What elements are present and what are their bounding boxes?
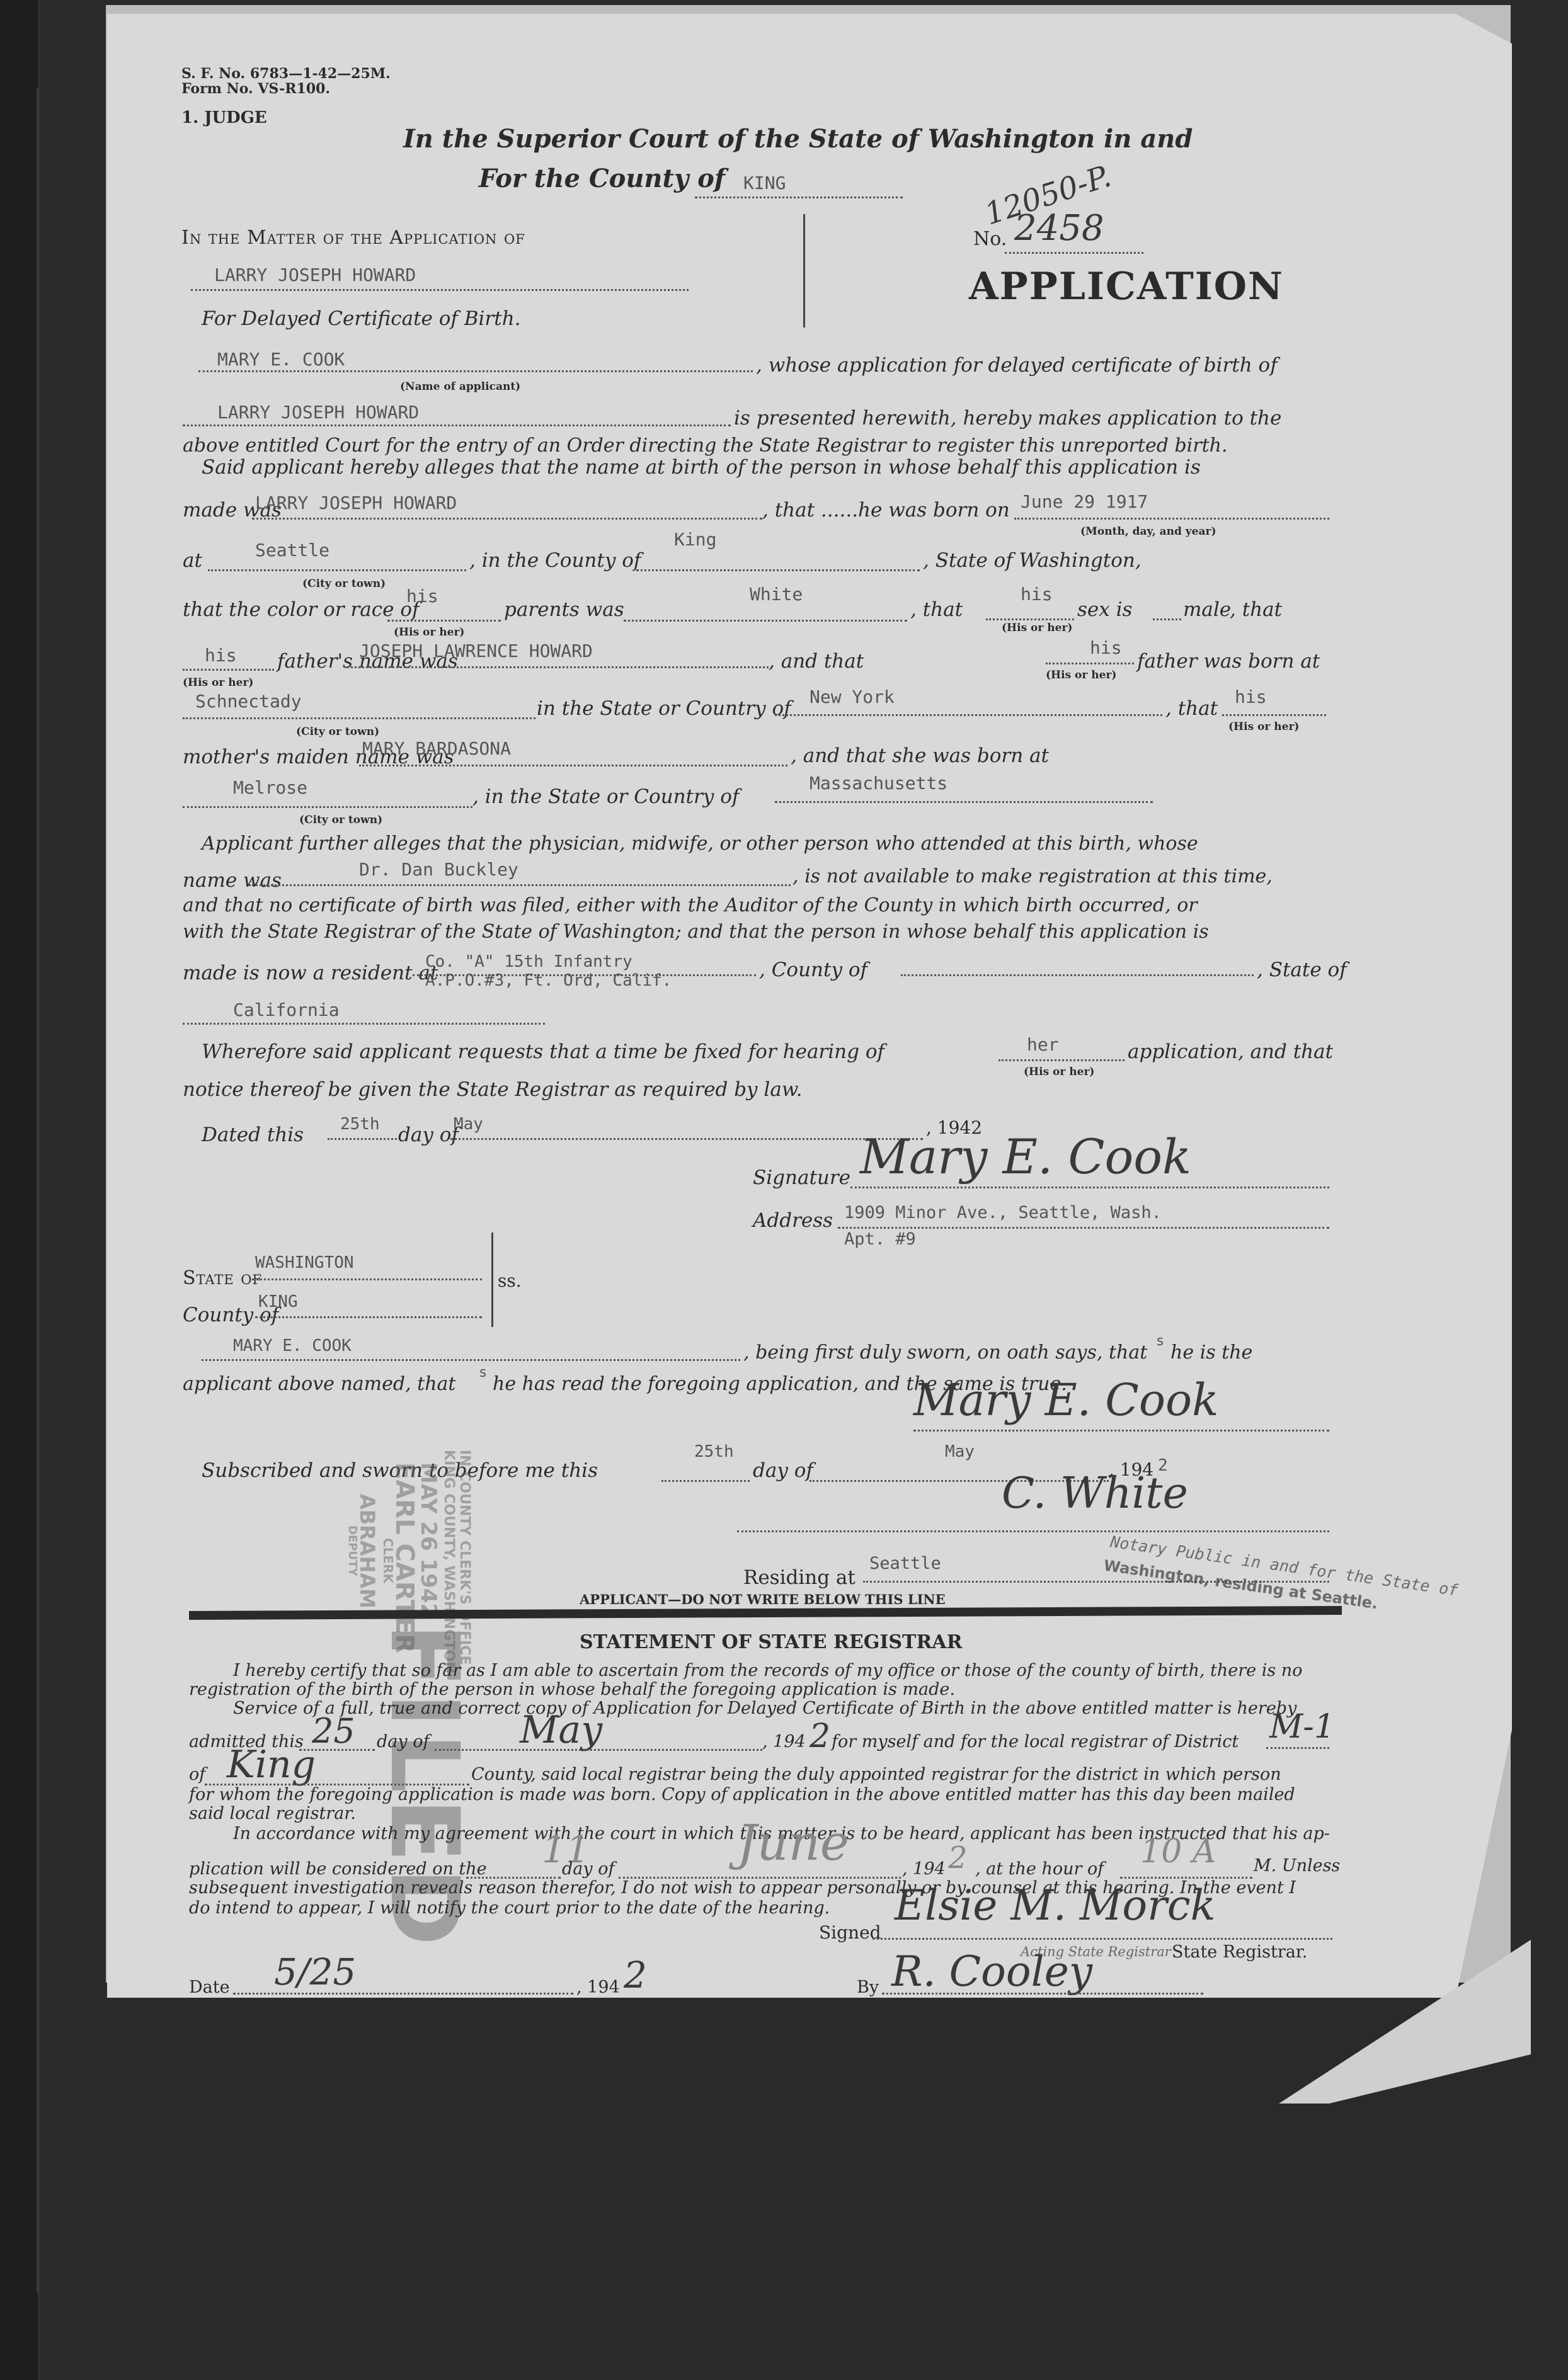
hearing-month[interactable]: June xyxy=(737,1815,849,1872)
hearing-day-of: day of xyxy=(562,1859,614,1879)
that-label: , that xyxy=(910,598,963,621)
court-county[interactable]: KING xyxy=(743,173,786,193)
purpose: For Delayed Certificate of Birth. xyxy=(202,307,521,330)
date-year-suffix[interactable]: 2 xyxy=(624,1954,647,1996)
by-label: By xyxy=(857,1978,879,1997)
signature-label: Signature xyxy=(753,1166,850,1189)
district-line xyxy=(1266,1747,1329,1749)
dated-month[interactable]: May xyxy=(454,1115,483,1134)
subscribed-day-line xyxy=(661,1480,750,1482)
filed-stamp-date: MAY 26 1942 xyxy=(416,1462,441,1618)
birth-date-hint: (Month, day, and year) xyxy=(1080,525,1216,538)
dated-day[interactable]: 25th xyxy=(340,1115,380,1134)
admitted-day[interactable]: 25 xyxy=(312,1711,355,1751)
oath-affiant[interactable]: MARY E. COOK xyxy=(233,1336,352,1355)
resident-county-label: , County of xyxy=(759,959,867,981)
hearing-pronoun[interactable]: her xyxy=(1027,1034,1059,1055)
birth-county[interactable]: King xyxy=(674,529,716,550)
admitted-month-line xyxy=(435,1749,762,1751)
father-pronoun[interactable]: his xyxy=(205,645,237,666)
physician-line xyxy=(249,884,791,886)
mother-pronoun[interactable]: his xyxy=(1235,686,1267,707)
date-label: Date xyxy=(189,1978,230,1997)
father-city[interactable]: Schnectady xyxy=(195,691,302,712)
father-born-pronoun[interactable]: his xyxy=(1090,637,1122,658)
matter-bracket xyxy=(796,214,805,327)
notary-signature[interactable]: C. White xyxy=(1002,1469,1188,1518)
mother-city-line xyxy=(183,806,472,808)
m-unless: M. Unless xyxy=(1254,1856,1340,1876)
subscribed-day[interactable]: 25th xyxy=(694,1442,734,1461)
registrar-p2c: for whom the foregoing application is ma… xyxy=(189,1785,1295,1804)
registrar-title: STATEMENT OF STATE REGISTRAR xyxy=(580,1631,963,1653)
mother-pronoun-line xyxy=(1222,714,1326,716)
resident-state-line xyxy=(183,1023,545,1025)
mother-name[interactable]: MARY BARDASONA xyxy=(362,738,511,759)
state-registrar-label: State Registrar. xyxy=(1172,1942,1307,1962)
application-title: APPLICATION xyxy=(969,265,1284,309)
hearing-hour[interactable]: 10 A xyxy=(1140,1833,1216,1870)
address-line-1[interactable]: 1909 Minor Ave., Seattle, Wash. xyxy=(844,1203,1162,1222)
oath-state-label: State of xyxy=(183,1267,262,1289)
father-born-label: father was born at xyxy=(1137,650,1320,673)
county-label: , in the County of xyxy=(469,549,641,572)
state-country-label-2: , in the State or Country of xyxy=(472,785,739,808)
registrar-p2: Service of a full, true and correct copy… xyxy=(233,1699,1296,1718)
matter-label: In the Matter of the Application of xyxy=(181,227,525,249)
admitted-year-suffix[interactable]: 2 xyxy=(810,1717,830,1755)
text-notice: notice thereof be given the State Regist… xyxy=(183,1078,803,1101)
registrar-signature[interactable]: Elsie M. Morck xyxy=(895,1881,1216,1930)
oath-bracket xyxy=(485,1233,493,1327)
binder-seam xyxy=(37,88,39,2292)
hearing-pronoun-hint: (His or her) xyxy=(1024,1066,1094,1078)
mother-born-label: , and that she was born at xyxy=(791,744,1049,767)
mother-pronoun-hint: (His or her) xyxy=(1228,720,1299,733)
father-pronoun-line xyxy=(183,669,274,671)
district-value[interactable]: M-1 xyxy=(1269,1708,1335,1746)
filed-stamp-line-1: IN COUNTY CLERK'S OFFICE xyxy=(457,1450,472,1665)
signed-label: Signed xyxy=(819,1922,881,1943)
she-prefix[interactable]: s xyxy=(1156,1333,1164,1349)
mother-state[interactable]: Massachusetts xyxy=(810,773,947,794)
sex-tail: , that xyxy=(1230,598,1282,621)
father-state[interactable]: New York xyxy=(810,686,895,707)
matter-name[interactable]: LARRY JOSEPH HOWARD xyxy=(214,265,416,285)
father-state-line xyxy=(775,714,1162,716)
court-county-label: For the County of xyxy=(479,164,725,193)
county-line xyxy=(695,196,903,198)
filed-stamp-deputy-title: DEPUTY xyxy=(346,1525,359,1576)
text-no-cert: and that no certificate of birth was fil… xyxy=(183,894,1198,916)
physician-name[interactable]: Dr. Dan Buckley xyxy=(359,859,518,880)
race-line xyxy=(624,620,907,622)
binder-edge xyxy=(0,0,40,2380)
address-line xyxy=(838,1227,1329,1229)
resident-county-line xyxy=(901,974,1254,976)
application-number[interactable]: 2458 xyxy=(1014,208,1104,249)
registrar-of-label: of xyxy=(189,1765,205,1784)
dated-month-line xyxy=(450,1138,923,1140)
district-text: for myself and for the local registrar o… xyxy=(832,1732,1239,1751)
registrar-p1: I hereby certify that so far as I am abl… xyxy=(233,1661,1302,1680)
state-country-label: in the State or Country of xyxy=(537,697,791,720)
sex-value[interactable]: male xyxy=(1183,598,1231,621)
hearing-year-suffix[interactable]: 2 xyxy=(948,1840,968,1876)
born-on-label: , that ......he was born on xyxy=(762,499,1010,521)
race-pronoun[interactable]: his xyxy=(406,586,438,606)
dated-day-line xyxy=(328,1138,397,1140)
residing-label: Residing at xyxy=(743,1566,856,1589)
race-label: that the color or race of xyxy=(183,598,419,621)
father-born-pronoun-hint: (His or her) xyxy=(1046,669,1116,681)
sex-pronoun[interactable]: his xyxy=(1021,584,1053,605)
filed-stamp-clerk-title: CLERK xyxy=(381,1538,396,1583)
registrar-p1b: registration of the birth of the person … xyxy=(189,1680,955,1699)
resident-state[interactable]: California xyxy=(233,999,340,1020)
oath-affiant-line xyxy=(202,1359,740,1361)
hour-label: , at the hour of xyxy=(975,1859,1104,1879)
text-wherefore: Wherefore said applicant requests that a… xyxy=(202,1040,884,1063)
text-application: application, and that xyxy=(1128,1040,1333,1063)
dated-label: Dated this xyxy=(202,1124,304,1146)
text-presented: is presented herewith, hereby makes appl… xyxy=(734,407,1281,430)
oath-signature[interactable]: Mary E. Cook xyxy=(913,1374,1219,1426)
that2-label: , that xyxy=(1165,697,1218,720)
city-hint: (City or town) xyxy=(302,578,386,590)
text-not-available: , is not available to make registration … xyxy=(793,865,1273,887)
mother-city[interactable]: Melrose xyxy=(233,777,307,798)
state-label: , State of Washington, xyxy=(923,549,1142,572)
hearing-pronoun-line xyxy=(999,1059,1124,1061)
document-page: S. F. No. 6783—1-42—25M. Form No. VS-R10… xyxy=(107,14,1512,1998)
sex-is-label: sex is xyxy=(1077,598,1132,621)
filed-stamp-line-2: KING COUNTY, WASHINGTON xyxy=(441,1450,457,1673)
registrar-county[interactable]: King xyxy=(227,1743,316,1787)
race-pronoun-line xyxy=(387,620,501,622)
by-signature[interactable]: R. Cooley xyxy=(891,1947,1092,1996)
oath-county-line xyxy=(255,1316,482,1318)
court-title: In the Superior Court of the State of Wa… xyxy=(403,124,1193,154)
text-physician: Applicant further alleges that the physi… xyxy=(202,833,1198,855)
oath-state-line xyxy=(252,1278,482,1280)
at-label: at xyxy=(183,549,202,572)
father-city-line xyxy=(183,717,535,719)
signed-line xyxy=(873,1938,1332,1940)
day-of-label: day of xyxy=(398,1124,459,1146)
sf-number: S. F. No. 6783—1-42—25M. xyxy=(181,65,391,82)
birth-city-line xyxy=(208,569,466,571)
applicant-hint: (Name of applicant) xyxy=(400,380,520,393)
father-born-pronoun-line xyxy=(1046,663,1134,664)
number-line xyxy=(1005,252,1143,254)
hearing-year-prefix: , 194 xyxy=(902,1859,946,1879)
address-label: Address xyxy=(753,1209,833,1232)
father-name-line xyxy=(346,666,769,668)
father-city-hint: (City or town) xyxy=(296,726,379,738)
registrar-p2d: said local registrar. xyxy=(189,1804,356,1823)
admitted-year-prefix: , 194 xyxy=(762,1732,806,1751)
birth-county-line xyxy=(636,569,920,571)
text-applicant-above: applicant above named, that xyxy=(183,1373,455,1395)
registrar-county-text: County, said local registrar being the d… xyxy=(471,1765,1281,1784)
applicant-signature[interactable]: Mary E. Cook xyxy=(860,1129,1191,1185)
and-that-label: , and that xyxy=(769,650,864,673)
text-registrar: with the State Registrar of the State of… xyxy=(183,921,1209,943)
race-value[interactable]: White xyxy=(750,584,803,605)
mother-city-hint: (City or town) xyxy=(299,814,382,826)
father-name[interactable]: JOSEPH LAWRENCE HOWARD xyxy=(359,641,593,661)
resident-line xyxy=(413,974,756,976)
parents-was-label: parents was xyxy=(504,598,624,621)
name-at-birth[interactable]: LARRY JOSEPH HOWARD xyxy=(255,493,457,513)
text-alleges: Said applicant hereby alleges that the n… xyxy=(202,456,1201,479)
birth-date-line xyxy=(1014,518,1329,520)
father-pronoun-hint: (His or her) xyxy=(183,676,253,689)
considered-label: plication will be considered on the xyxy=(189,1859,487,1879)
race-pronoun-hint: (His or her) xyxy=(394,626,464,639)
subject-name[interactable]: LARRY JOSEPH HOWARD xyxy=(217,402,419,423)
by-line xyxy=(882,1993,1203,1995)
applicant-name[interactable]: MARY E. COOK xyxy=(217,349,345,370)
sex-line xyxy=(1153,618,1181,620)
date-line xyxy=(233,1993,573,1995)
oath-state[interactable]: WASHINGTON xyxy=(255,1253,354,1272)
oath-signature-line xyxy=(913,1430,1329,1432)
text-whose: , whose application for delayed certific… xyxy=(756,354,1278,377)
do-not-write-notice: APPLICANT—DO NOT WRITE BELOW THIS LINE xyxy=(580,1591,946,1607)
admitted-day-of: day of xyxy=(377,1732,429,1751)
text-is-the: he is the xyxy=(1170,1341,1252,1364)
resident-label: made is now a resident at xyxy=(183,962,438,984)
number-label: No. xyxy=(973,228,1007,250)
residing-value[interactable]: Seattle xyxy=(869,1554,941,1573)
date-year-prefix: , 194 xyxy=(576,1978,620,1997)
text-sworn: , being first duly sworn, on oath says, … xyxy=(743,1341,1147,1364)
birth-date[interactable]: June 29 1917 xyxy=(1021,491,1148,512)
she-prefix-2[interactable]: s xyxy=(479,1365,487,1381)
form-number: Form No. VS-R100. xyxy=(181,81,330,97)
mother-state-line xyxy=(775,801,1153,803)
admitted-month[interactable]: May xyxy=(520,1708,602,1752)
sex-pronoun-line xyxy=(986,618,1074,620)
oath-county[interactable]: KING xyxy=(258,1292,298,1311)
name-at-birth-line xyxy=(252,518,762,520)
resident-state-label: , State of xyxy=(1257,959,1347,981)
sex-pronoun-hint: (His or her) xyxy=(1002,622,1072,634)
text-court-order: above entitled Court for the entry of an… xyxy=(183,435,1228,457)
notary-signature-line xyxy=(737,1530,1329,1532)
subscribed-day-of: day of xyxy=(753,1459,813,1482)
signature-line xyxy=(850,1187,1329,1188)
name-was-label: name was xyxy=(183,869,282,892)
mother-name-line xyxy=(359,765,787,766)
resident-line-1[interactable]: Co. "A" 15th Infantry xyxy=(425,952,632,971)
matter-line xyxy=(191,289,689,291)
ss-label: ss. xyxy=(498,1270,522,1291)
date-value[interactable]: 5/25 xyxy=(274,1950,356,1993)
applicant-line xyxy=(198,370,753,372)
registrar-p3c: do intend to appear, I will notify the c… xyxy=(189,1898,830,1918)
subscribed-month[interactable]: May xyxy=(945,1442,975,1461)
subject-line xyxy=(183,424,731,426)
copy-label: 1. JUDGE xyxy=(181,108,267,127)
address-line-2[interactable]: Apt. #9 xyxy=(844,1229,916,1249)
birth-city[interactable]: Seattle xyxy=(255,540,329,561)
